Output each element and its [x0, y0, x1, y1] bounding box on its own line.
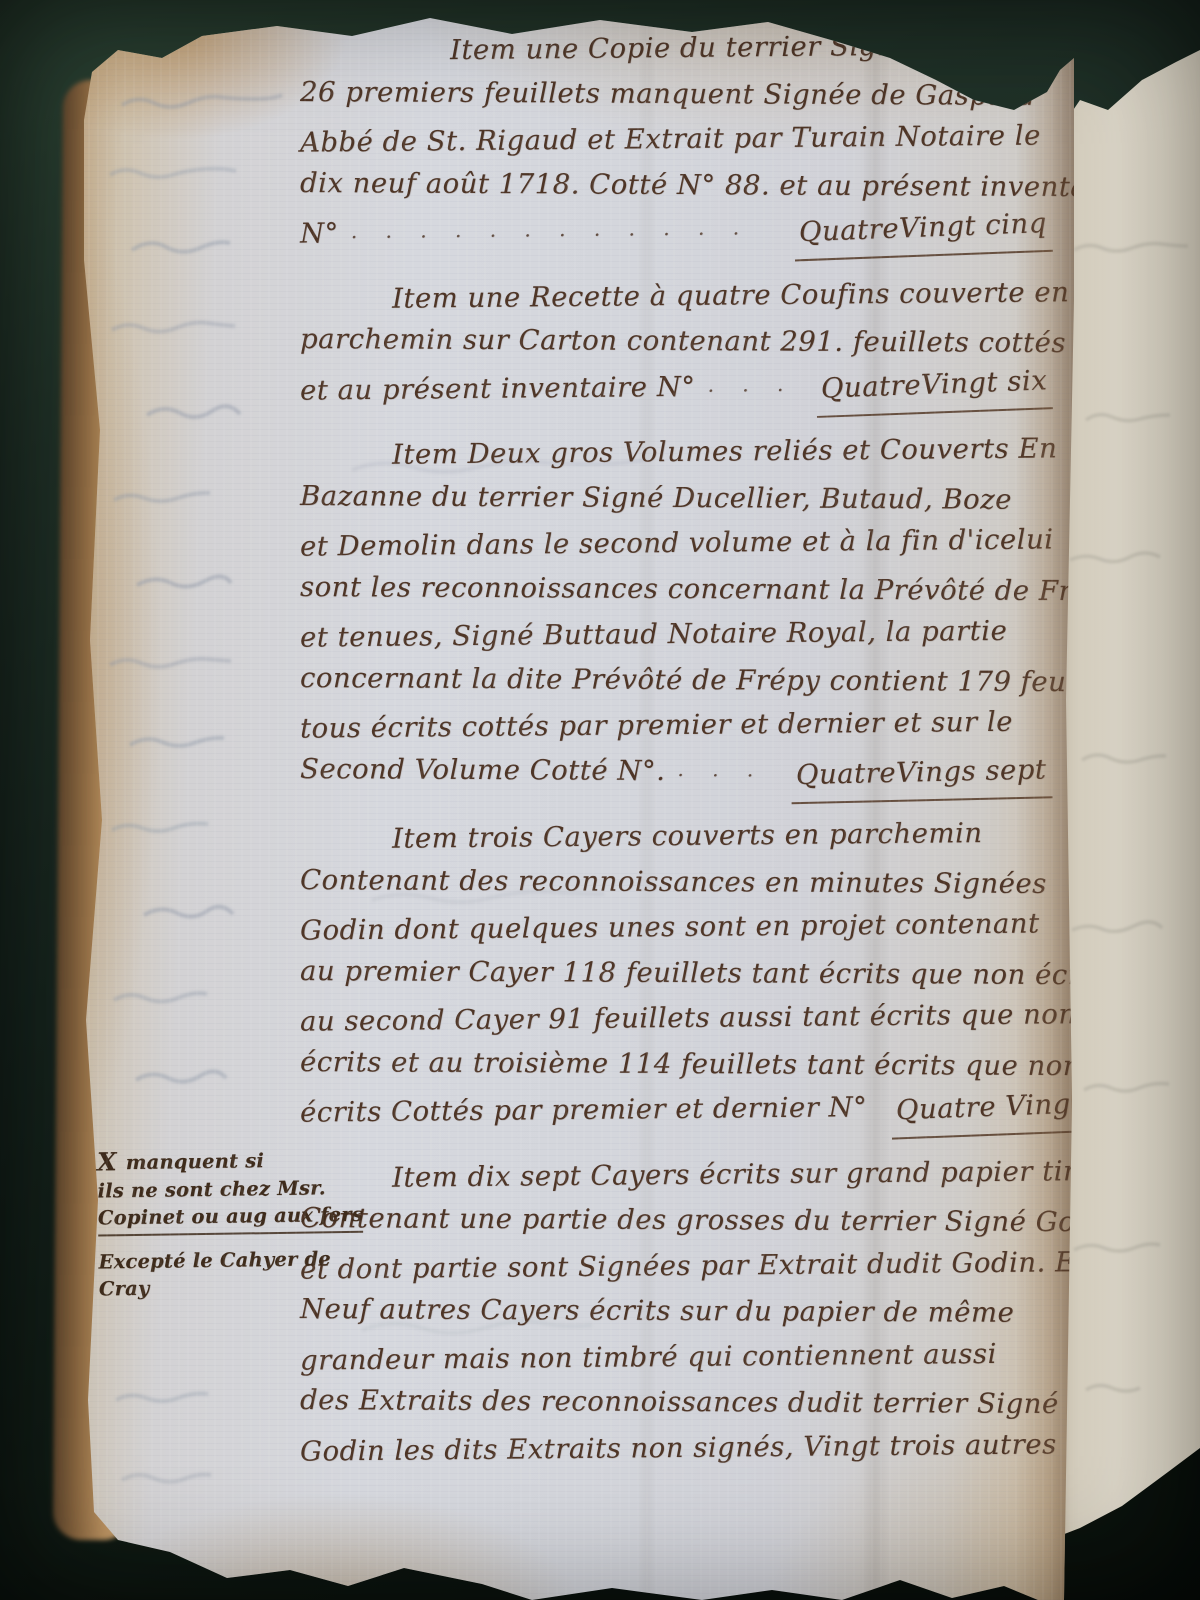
text-line: dix neuf août 1718. Cotté N° 88. et au p… [300, 161, 1052, 210]
text-line: au premier Cayer 118 feuillets tant écri… [300, 949, 1052, 998]
text-line: Abbé de St. Rigaud et Extrait par Turain… [300, 113, 1052, 166]
leader-dots: . . . . . [707, 361, 804, 407]
text-line: parchemin sur Carton contenant 291. feui… [300, 317, 1052, 366]
text-line: Item trois Cayers couverts en parchemin [300, 810, 1052, 863]
paragraph-2: Item une Recette à quatre Coufins couver… [300, 274, 1052, 416]
inventory-number-line: Second Volume Cotté N°. . . . . . . . Qu… [300, 747, 1052, 801]
text-line: et dont partie sont Signées par Extrait … [300, 1240, 1052, 1293]
text-line: Godin dont quelques unes sont en projet … [300, 901, 1052, 954]
text-line: Neuf autres Cayers écrits sur du papier … [300, 1287, 1052, 1336]
text-line: 26 premiers feuillets manquent Signée de… [300, 70, 1052, 119]
x-mark-icon: X [97, 1148, 117, 1176]
text-line: tous écrits cottés par premier et dernie… [300, 699, 1052, 752]
gutter-fold-shadow [1016, 0, 1074, 1600]
text-line: Contenant une partie des grosses du terr… [300, 1196, 1052, 1245]
text-line: concernant la dite Prévôté de Frépy cont… [300, 656, 1052, 705]
margin-note-line: Cray [99, 1273, 313, 1303]
total-amount: QuatreVings sept [791, 747, 1053, 803]
inventory-number-line: N° . . . . . . . . . . . . QuatreVingt c… [300, 204, 1052, 262]
photo-background: Item une Copie du terrier Signé Philippi… [0, 0, 1200, 1600]
text-line: Bazanne du terrier Signé Ducellier, Buta… [300, 474, 1052, 523]
text-line: sont les reconnoissances concernant la P… [300, 565, 1052, 614]
text-line: au second Cayer 91 feuillets aussi tant … [300, 992, 1052, 1045]
inventory-number-line: écrits Cottés par premier et dernier N° … [300, 1083, 1052, 1141]
paragraph-1: Item une Copie du terrier Signé Philippi… [300, 26, 1052, 259]
number-label: Second Volume Cotté N°. [300, 747, 666, 794]
paragraph-3: Item Deux gros Volumes reliés et Couvert… [300, 430, 1052, 799]
text-line: Item une Recette à quatre Coufins couver… [300, 270, 1052, 323]
text-line: et tenues, Signé Buttaud Notaire Royal, … [300, 608, 1052, 661]
text-line: grandeur mais non timbré qui contiennent… [300, 1331, 1052, 1384]
margin-note-line: ils ne sont chez Msr. [97, 1174, 311, 1204]
text-line: Godin les dits Extraits non signés, Ving… [300, 1422, 1052, 1475]
margin-note-text: manquent si [126, 1149, 265, 1174]
margin-note-line: Copinet ou aug aux fers [98, 1201, 363, 1236]
text-line: Item une Copie du terrier Signé Philippi… [300, 22, 1052, 75]
leader-dots: . . . . . . . . . . . . [351, 205, 783, 255]
number-label: et au présent inventaire N° [300, 364, 696, 413]
text-line: des Extraits des reconnoissances dudit t… [300, 1378, 1052, 1427]
manuscript-page: Item une Copie du terrier Signé Philippi… [52, 0, 1074, 1600]
margin-note: Xmanquent si ils ne sont chez Msr. Copin… [97, 1145, 313, 1303]
number-label: écrits Cottés par premier et dernier N° [300, 1085, 868, 1136]
margin-note-line: Xmanquent si [97, 1145, 311, 1177]
leader-dots: . . . . . . . [677, 747, 779, 793]
text-line: Item Deux gros Volumes reliés et Couvert… [300, 426, 1052, 479]
inventory-number-line: et au présent inventaire N° . . . . . Qu… [300, 361, 1052, 419]
margin-note-line: Excepté le Cahyer de [98, 1245, 312, 1275]
text-line: Contenant des reconnoissances en minutes… [300, 858, 1052, 907]
total-amount: QuatreVingt cinq [793, 201, 1053, 261]
text-line: écrits et au troisième 114 feuillets tan… [300, 1040, 1052, 1089]
number-label: N° [300, 211, 339, 257]
paragraph-4: Item trois Cayers couverts en parchemin … [300, 814, 1052, 1138]
text-line: Item dix sept Cayers écrits sur grand pa… [300, 1149, 1052, 1202]
paragraph-5: Item dix sept Cayers écrits sur grand pa… [300, 1153, 1052, 1472]
page-text: Item une Copie du terrier Signé Philippi… [300, 26, 1052, 1486]
text-line: et Demolin dans le second volume et à la… [300, 517, 1052, 570]
